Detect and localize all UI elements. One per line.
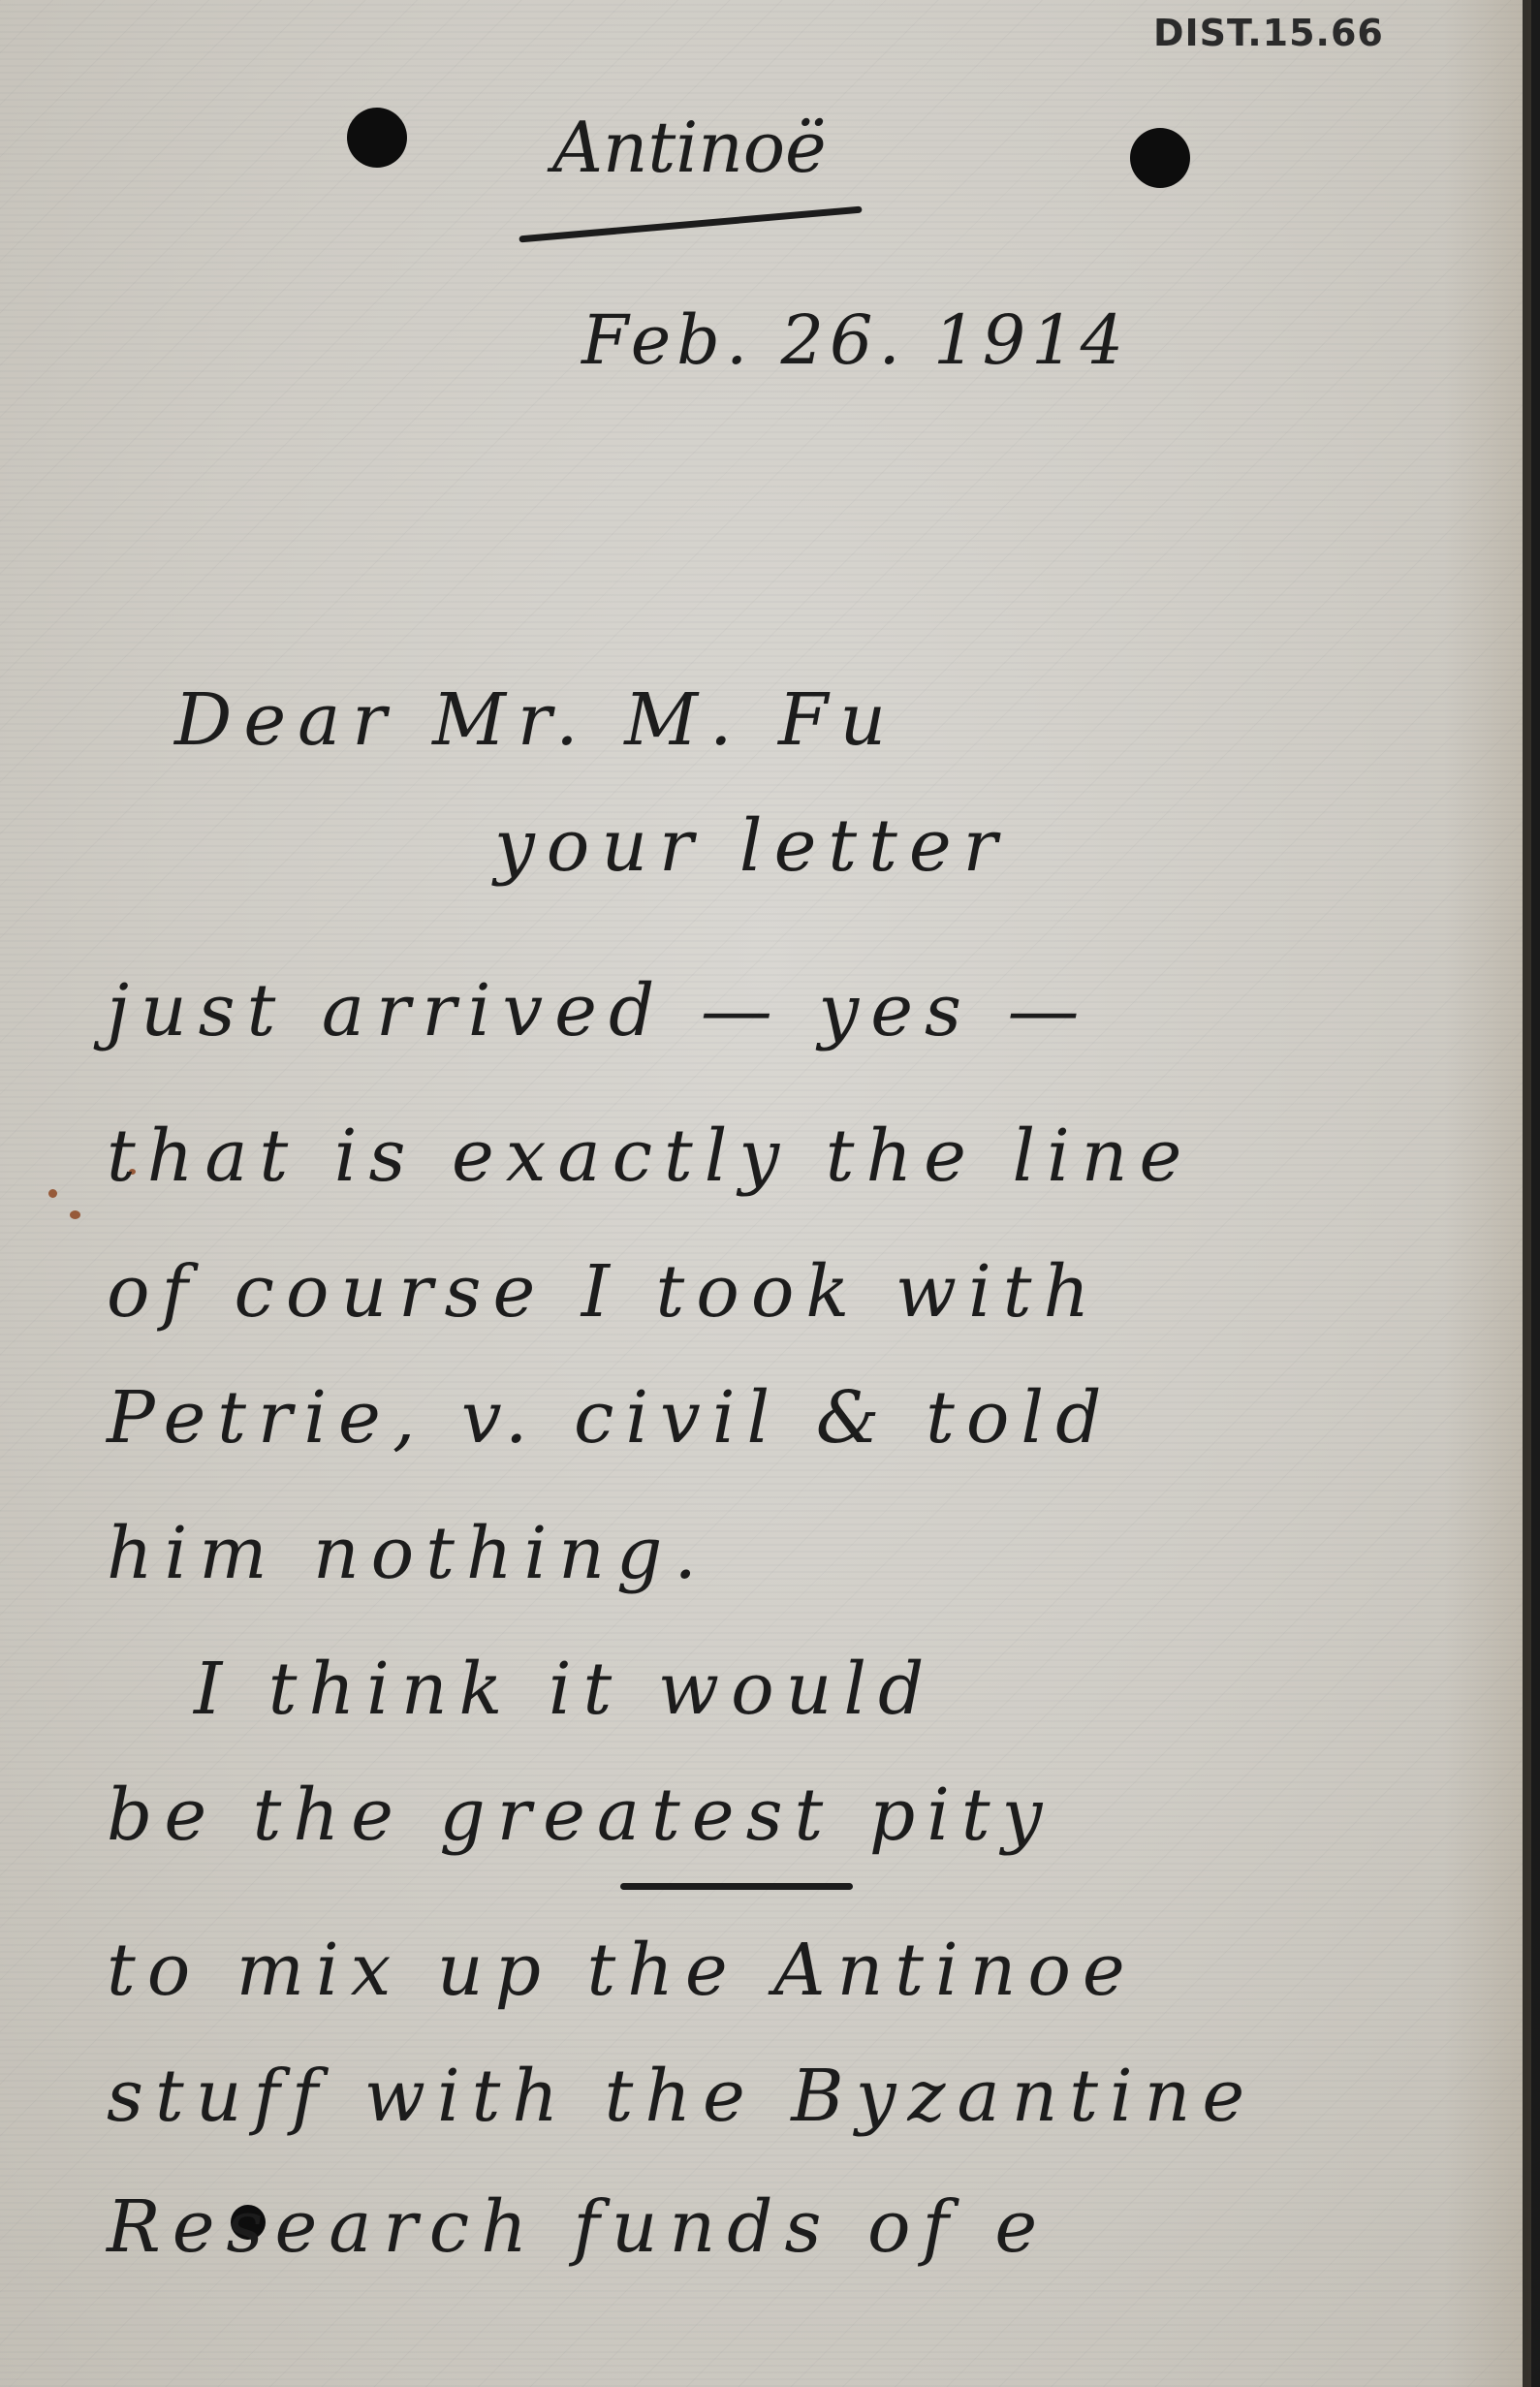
emphasis-underline xyxy=(620,1883,853,1890)
body-line: of course I took with xyxy=(107,1250,1101,1334)
body-line: be the greatest pity xyxy=(107,1774,1053,1857)
body-line: to mix up the Antinoe xyxy=(107,1929,1137,2012)
rust-spot xyxy=(48,1189,57,1198)
scan-edge xyxy=(1523,0,1531,2387)
letter-heading: Antinoë xyxy=(552,107,827,188)
body-line: I think it would xyxy=(194,1648,935,1731)
rust-spot xyxy=(70,1210,80,1219)
body-line: Research funds of e xyxy=(107,2185,1049,2269)
body-line: stuff with the Byzantine xyxy=(107,2055,1256,2138)
body-line: just arrived — yes — xyxy=(107,969,1090,1052)
punch-hole-right xyxy=(1130,128,1190,188)
letter-date: Feb. 26. 1914 xyxy=(581,300,1129,380)
body-line: that is exactly the line xyxy=(107,1115,1193,1198)
body-line: your letter xyxy=(494,804,1009,888)
punch-hole-left xyxy=(347,108,407,168)
body-line: Petrie, v. civil & told xyxy=(107,1376,1113,1460)
salutation: Dear Mr. M. Fu xyxy=(174,678,897,762)
heading-underline xyxy=(519,206,862,243)
archive-reference-stamp: DIST.15.66 xyxy=(1153,12,1384,54)
body-line: him nothing. xyxy=(107,1512,708,1595)
letter-page: DIST.15.66 Antinoë Feb. 26. 1914 Dear Mr… xyxy=(0,0,1531,2387)
